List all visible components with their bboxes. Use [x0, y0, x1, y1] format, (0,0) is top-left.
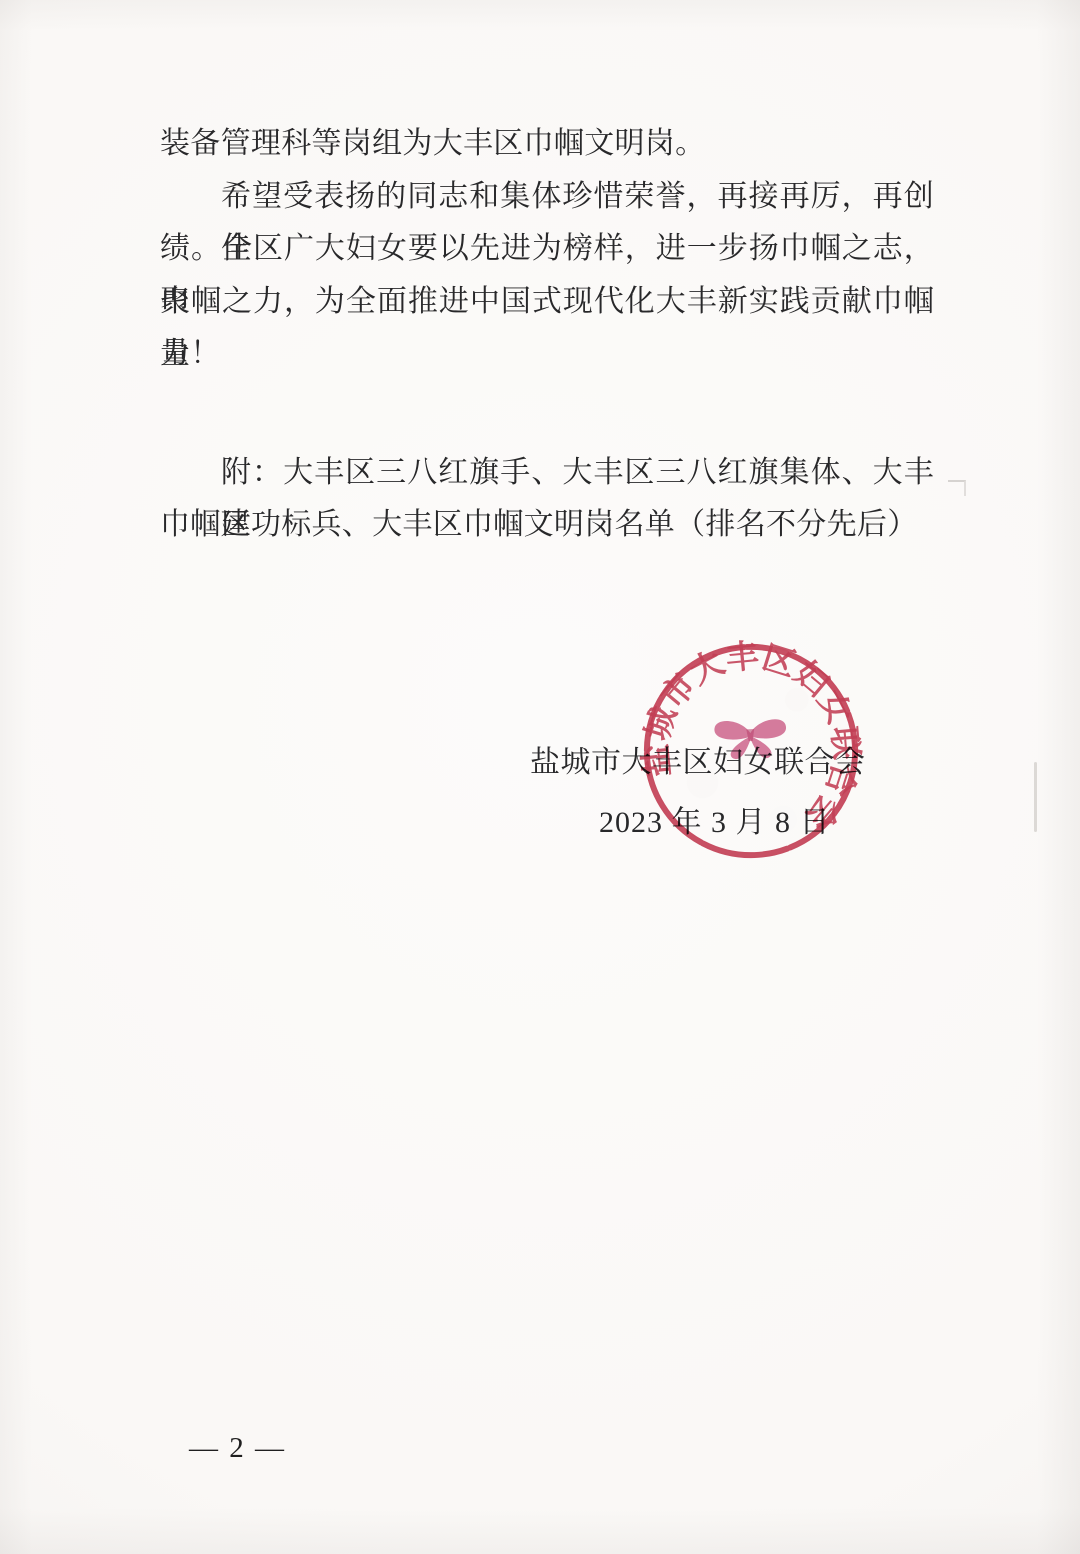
- paragraph-line: 巾帼之力，为全面推进中国式现代化大丰新实践贡献巾帼力: [160, 276, 934, 329]
- page-number: — 2 —: [189, 1432, 286, 1465]
- seal-ink-mottling: [683, 687, 813, 836]
- body-text-block: 装备管理科等岗组为大丰区巾帼文明岗。 希望受表扬的同志和集体珍惜荣誉，再接再厉，…: [160, 118, 934, 552]
- attachment-note: 附：大丰区三八红旗手、大丰区三八红旗集体、大丰区 巾帼建功标兵、大丰区巾帼文明岗…: [160, 447, 934, 552]
- attachment-line: 巾帼建功标兵、大丰区巾帼文明岗名单（排名不分先后）: [160, 499, 934, 552]
- paragraph-line: 希望受表扬的同志和集体珍惜荣誉，再接再厉，再创佳: [160, 171, 934, 224]
- women-federation-emblem-icon: [714, 719, 787, 760]
- attachment-line: 附：大丰区三八红旗手、大丰区三八红旗集体、大丰区: [160, 447, 934, 500]
- official-seal: 盐城市大丰区妇女联合会: [628, 628, 874, 874]
- paragraph-line: 绩。全区广大妇女要以先进为榜样，进一步扬巾帼之志，聚: [160, 223, 934, 276]
- paragraph-line: 装备管理科等岗组为大丰区巾帼文明岗。: [160, 118, 934, 171]
- scan-artifact: [948, 480, 966, 496]
- paragraph-line: 量！: [160, 328, 934, 381]
- scan-artifact: [1034, 762, 1037, 832]
- document-page: 装备管理科等岗组为大丰区巾帼文明岗。 希望受表扬的同志和集体珍惜荣誉，再接再厉，…: [0, 0, 1080, 1554]
